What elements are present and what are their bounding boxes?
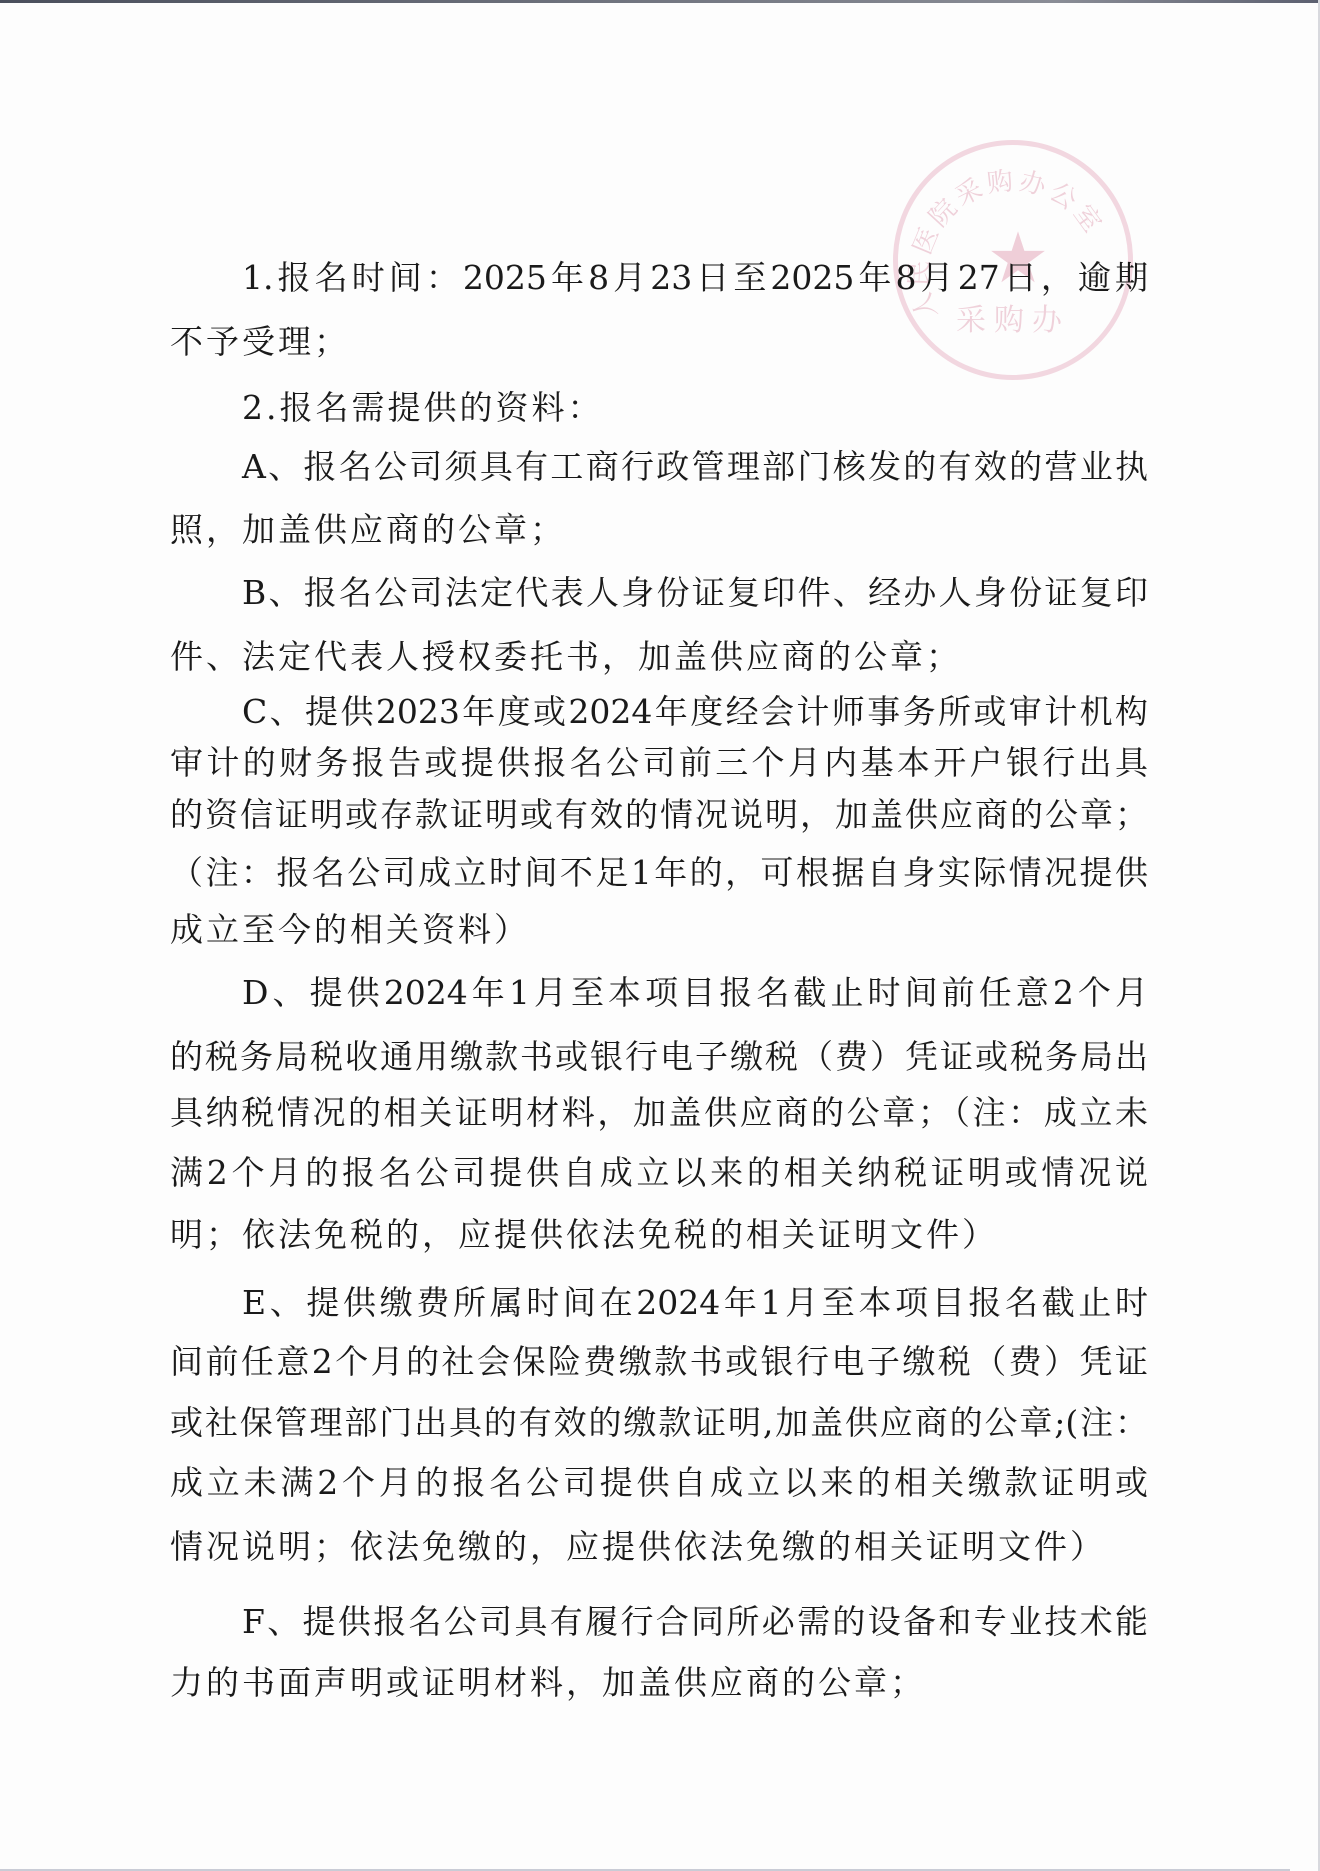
text-line: 间前任意2个月的社会保险费缴款书或银行电子缴税（费）凭证 (170, 1342, 1148, 1382)
seal-bottom-text: 采购办 (948, 295, 1078, 339)
text-line: F、提供报名公司具有履行合同所必需的设备和专业技术能 (242, 1602, 1148, 1642)
document-page: 人民医院采购办公室 ★ 采购办 1.报名时间：2025年8月23日至2025年8… (0, 0, 1320, 1871)
text-line: A、报名公司须具有工商行政管理部门核发的有效的营业执 (242, 447, 1148, 487)
text-line: 件、法定代表人授权委托书，加盖供应商的公章； (170, 637, 962, 677)
text-line: E、提供缴费所属时间在2024年1月至本项目报名截止时 (242, 1283, 1148, 1323)
text-line: 照，加盖供应商的公章； (170, 510, 566, 550)
text-line: 明；依法免税的，应提供依法免税的相关证明文件） (170, 1215, 998, 1255)
scan-edge-top (0, 0, 1320, 3)
text-line: 具纳税情况的相关证明材料，加盖供应商的公章；（注：成立未 (170, 1093, 1148, 1133)
text-line: 的税务局税收通用缴款书或银行电子缴税（费）凭证或税务局出 (170, 1037, 1148, 1077)
text-line: 1.报名时间：2025年8月23日至2025年8月27日，逾期 (242, 258, 1148, 298)
text-line: 满2个月的报名公司提供自成立以来的相关纳税证明或情况说 (170, 1153, 1148, 1193)
text-line: （注：报名公司成立时间不足1年的，可根据自身实际情况提供 (170, 853, 1148, 893)
text-line: 成立未满2个月的报名公司提供自成立以来的相关缴款证明或 (170, 1463, 1148, 1503)
text-line: 2.报名需提供的资料： (242, 388, 604, 428)
text-line: 的资信证明或存款证明或有效的情况说明，加盖供应商的公章； (170, 795, 1148, 835)
text-line: 成立至今的相关资料） (170, 910, 530, 950)
text-line: 审计的财务报告或提供报名公司前三个月内基本开户银行出具 (170, 743, 1148, 783)
text-line: D、提供2024年1月至本项目报名截止时间前任意2个月 (242, 973, 1148, 1013)
text-line: 情况说明；依法免缴的，应提供依法免缴的相关证明文件） (170, 1527, 1106, 1567)
text-line: C、提供2023年度或2024年度经会计师事务所或审计机构 (242, 692, 1148, 732)
text-line: B、报名公司法定代表人身份证复印件、经办人身份证复印 (242, 573, 1148, 613)
text-line: 或社保管理部门出具的有效的缴款证明,加盖供应商的公章;(注： (170, 1403, 1148, 1443)
text-line: 力的书面声明或证明材料，加盖供应商的公章； (170, 1663, 926, 1703)
text-line: 不予受理； (170, 322, 350, 362)
